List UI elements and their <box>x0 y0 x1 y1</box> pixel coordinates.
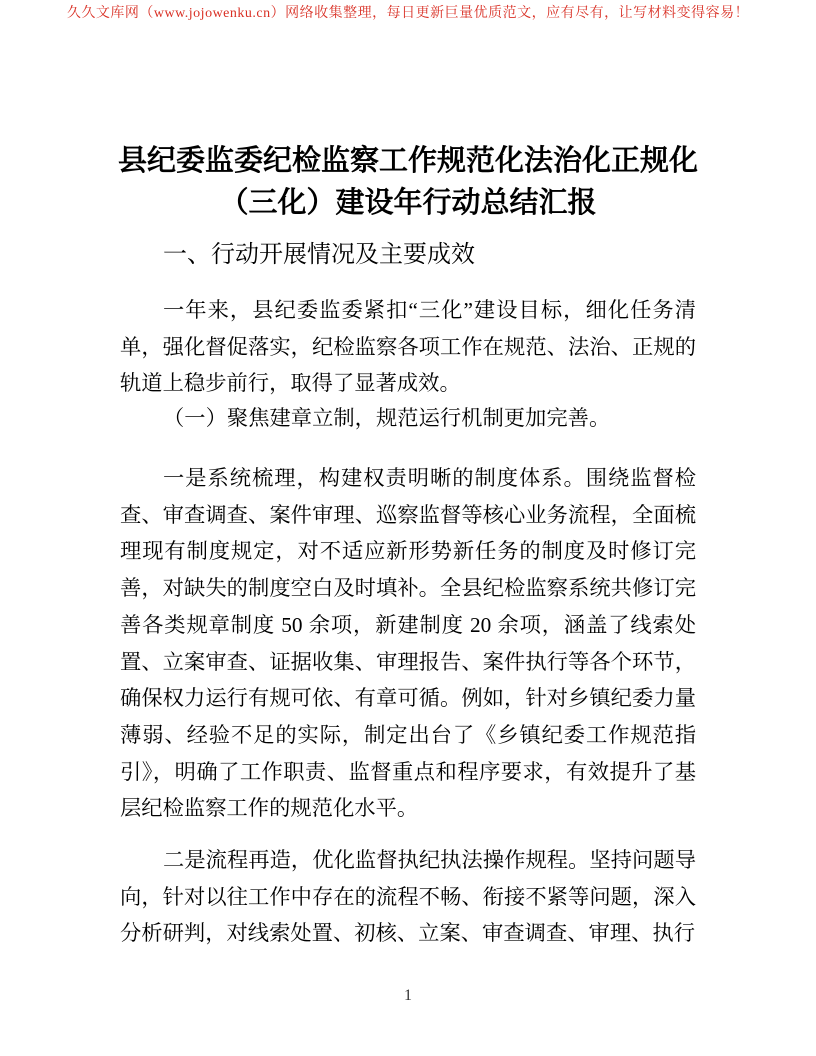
document-title-line-2: （三化）建设年行动总结汇报 <box>110 182 706 224</box>
document-title: 县纪委监委纪检监察工作规范化法治化正规化 （三化）建设年行动总结汇报 <box>110 140 706 224</box>
sub-heading-1: （一）聚焦建章立制，规范运行机制更加完善。 <box>120 400 696 437</box>
paragraph-point-one: 一是系统梳理，构建权责明晰的制度体系。围绕监督检查、审查调查、案件审理、巡察监督… <box>120 460 696 827</box>
section-heading: 一、行动开展情况及主要成效 <box>120 236 696 274</box>
document-page: 久久文库网（www.jojowenku.cn）网络收集整理，每日更新巨量优质范文… <box>0 0 816 1056</box>
document-title-line-1: 县纪委监委纪检监察工作规范化法治化正规化 <box>110 140 706 182</box>
site-watermark-notice: 久久文库网（www.jojowenku.cn）网络收集整理，每日更新巨量优质范文… <box>0 4 816 24</box>
page-number: 1 <box>0 985 816 1007</box>
paragraph-point-two: 二是流程再造，优化监督执纪执法操作规程。坚持问题导向，针对以往工作中存在的流程不… <box>120 842 696 952</box>
paragraph-overview: 一年来，县纪委监委紧扣“三化”建设目标，细化任务清单，强化督促落实，纪检监察各项… <box>120 292 696 402</box>
